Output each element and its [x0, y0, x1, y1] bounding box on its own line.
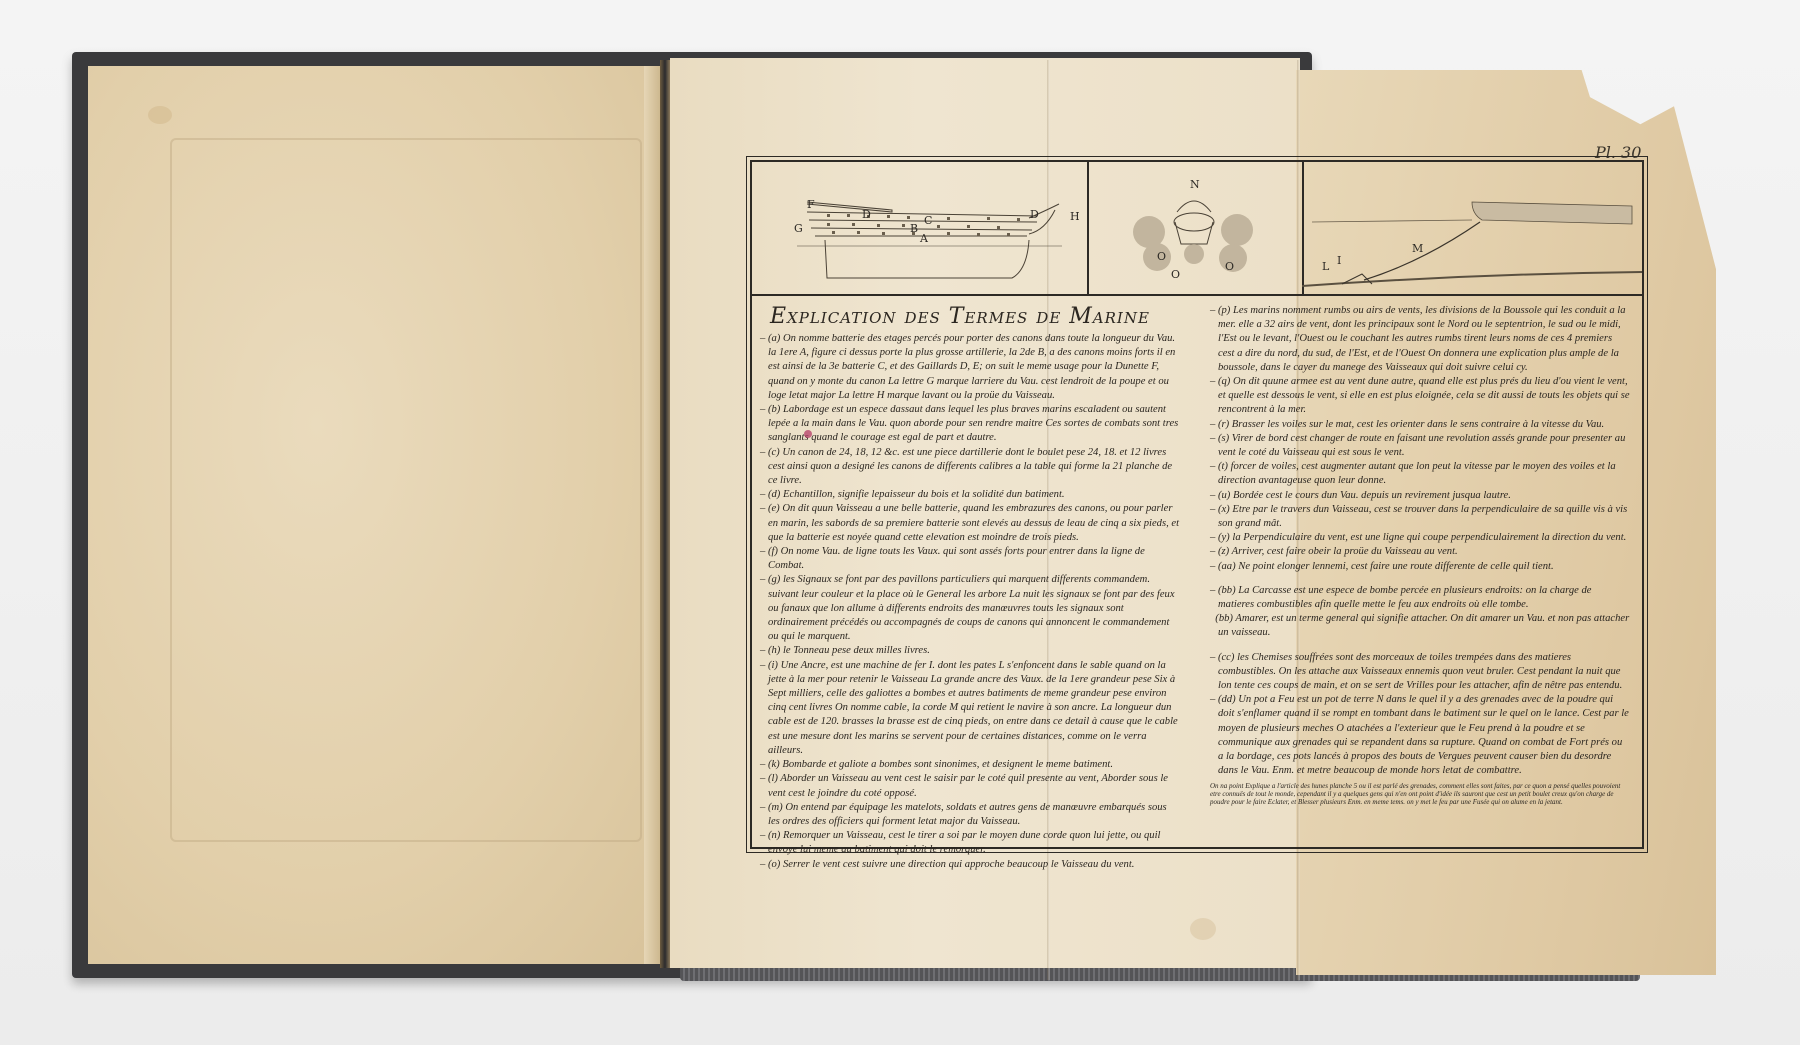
- left-page-edge: [644, 66, 660, 964]
- entry-text: forcer de voiles, cest augmenter autant …: [1218, 461, 1616, 486]
- entry-key: (s): [1218, 433, 1229, 444]
- fig-label: L: [1322, 260, 1329, 273]
- entry-text: la Perpendiculaire du vent, est une lign…: [1232, 532, 1626, 543]
- entry-text: les Signaux se font par des pavillons pa…: [768, 574, 1175, 642]
- fig-label: M: [1412, 242, 1423, 255]
- entry-key: (dd): [1218, 694, 1236, 705]
- entry-key: (y): [1218, 532, 1230, 543]
- fig-label: O: [1171, 268, 1180, 281]
- entry-key: (f): [768, 546, 778, 557]
- entry-a: – (a) On nomme batterie des etages percé…: [760, 332, 1180, 403]
- entry-i: – (i) Une Ancre, est une machine de fer …: [760, 659, 1180, 758]
- entry-text: Une Ancre, est une machine de fer I. don…: [768, 660, 1178, 756]
- left-page-plate-impression: [170, 138, 642, 842]
- book-gutter: [660, 60, 670, 968]
- entry-key: (d): [768, 489, 780, 500]
- entry-k: – (k) Bombarde et galiote a bombes sont …: [760, 758, 1180, 772]
- entry-dd: – (dd) Un pot a Feu est un pot de terre …: [1210, 693, 1630, 778]
- entry-x: – (x) Etre par le travers dun Vaisseau, …: [1210, 503, 1630, 531]
- figure-ship-at-anchor: L I M: [1302, 162, 1642, 294]
- fig-label: B: [910, 222, 918, 235]
- fig-label: A: [920, 232, 928, 245]
- explanation-text-area: Explication des Termes de Marine – (a) O…: [752, 296, 1642, 847]
- entry-key: (z): [1218, 546, 1229, 557]
- entry-text: Echantillon, signifie lepaisseur du bois…: [783, 489, 1065, 500]
- entry-text: les Chemises souffrées sont des morceaux…: [1218, 652, 1622, 691]
- entry-aa: – (aa) Ne point elonger lennemi, cest fa…: [1210, 560, 1630, 574]
- entry-text: Remorquer un Vaisseau, cest le tirer a s…: [768, 830, 1160, 855]
- entry-p: – (p) Les marins nomment rumbs ou airs d…: [1210, 304, 1630, 375]
- entry-n: – (n) Remorquer un Vaisseau, cest le tir…: [760, 829, 1180, 857]
- foxing-stain: [148, 106, 172, 124]
- entry-key: (k): [768, 759, 780, 770]
- entry-text: Arriver, cest faire obeir la proüe du Va…: [1232, 546, 1458, 557]
- entry-bb-carcasse: – (bb) La Carcasse est une espece de bom…: [1210, 584, 1630, 612]
- fig-label: I: [1337, 254, 1341, 267]
- engraved-plate: F D G C B A D H: [750, 160, 1644, 849]
- entry-key: (aa): [1218, 561, 1236, 572]
- entry-key: (b): [768, 404, 780, 415]
- entry-s: – (s) Virer de bord cest changer de rout…: [1210, 432, 1630, 460]
- entry-key: (c): [768, 447, 780, 458]
- fig-label: O: [1157, 250, 1166, 263]
- entry-key: (bb): [1215, 613, 1233, 624]
- entry-b: – (b) Labordage est un espece dassaut da…: [760, 403, 1180, 446]
- entry-text: Virer de bord cest changer de route en f…: [1218, 433, 1625, 458]
- left-page-blank: [88, 66, 660, 964]
- fig-label: F: [807, 198, 815, 211]
- photo-background: Pl. 30: [0, 0, 1800, 1045]
- entry-key: (t): [1218, 461, 1228, 472]
- fig-label: G: [794, 222, 803, 235]
- figure-fire-pot: N O O O: [1087, 162, 1304, 294]
- entry-key: (u): [1218, 490, 1230, 501]
- entry-key: (o): [768, 859, 780, 870]
- figure-ship-batteries: F D G C B A D H: [752, 162, 1089, 294]
- anchored-ship-icon: [1302, 162, 1642, 294]
- entry-text: Bombarde et galiote a bombes sont sinoni…: [782, 759, 1113, 770]
- entry-key: (g): [768, 574, 780, 585]
- entry-text: On dit quune armee est au vent dune autr…: [1218, 376, 1630, 415]
- entry-key: (e): [768, 503, 780, 514]
- entry-text: Etre par le travers dun Vaisseau, cest s…: [1218, 504, 1627, 529]
- entry-text: On nome Vau. de ligne touts les Vaux. qu…: [768, 546, 1145, 571]
- entry-f: – (f) On nome Vau. de ligne touts les Va…: [760, 545, 1180, 573]
- entry-key: (x): [1218, 504, 1230, 515]
- footnote: On na point Explique a l'article des hun…: [1210, 782, 1630, 806]
- plate-title: Explication des Termes de Marine: [770, 304, 1180, 329]
- entry-cc: – (cc) les Chemises souffrées sont des m…: [1210, 651, 1630, 694]
- entry-h: – (h) le Tonneau pese deux milles livres…: [760, 644, 1180, 658]
- entry-text: Amarer, est un terme general qui signifi…: [1218, 613, 1629, 638]
- entry-c: – (c) Un canon de 24, 18, 12 &c. est une…: [760, 446, 1180, 489]
- right-text-column: – (p) Les marins nomment rumbs ou airs d…: [1210, 304, 1630, 813]
- entry-text: le Tonneau pese deux milles livres.: [783, 645, 930, 656]
- entry-key: (cc): [1218, 652, 1234, 663]
- entry-l: – (l) Aborder un Vaisseau au vent cest l…: [760, 772, 1180, 800]
- entry-bb-amarer: (bb) Amarer, est un terme general qui si…: [1210, 612, 1630, 640]
- entry-text: On entend par équipage les matelots, sol…: [768, 802, 1167, 827]
- entry-text: Brasser les voiles sur le mat, cest les …: [1232, 419, 1604, 430]
- entry-text: Labordage est un espece dassaut dans leq…: [768, 404, 1178, 443]
- entry-key: (p): [1218, 305, 1230, 316]
- figure-row: F D G C B A D H: [752, 162, 1642, 296]
- entry-o: – (o) Serrer le vent cest suivre une dir…: [760, 858, 1180, 872]
- entry-text: Serrer le vent cest suivre une direction…: [783, 859, 1134, 870]
- fig-label: O: [1225, 260, 1234, 273]
- entry-e: – (e) On dit quun Vaisseau a une belle b…: [760, 502, 1180, 545]
- entry-z: – (z) Arriver, cest faire obeir la proüe…: [1210, 545, 1630, 559]
- entry-key: (bb): [1218, 585, 1236, 596]
- entry-y: – (y) la Perpendiculaire du vent, est un…: [1210, 531, 1630, 545]
- entry-key: (n): [768, 830, 780, 841]
- entry-d: – (d) Echantillon, signifie lepaisseur d…: [760, 488, 1180, 502]
- entry-key: (a): [768, 333, 780, 344]
- entry-text: On nomme batterie des etages percés pour…: [768, 333, 1175, 401]
- entry-text: La Carcasse est une espece de bombe perc…: [1218, 585, 1592, 610]
- fig-label: N: [1190, 178, 1200, 191]
- entry-r: – (r) Brasser les voiles sur le mat, ces…: [1210, 418, 1630, 432]
- entry-m: – (m) On entend par équipage les matelot…: [760, 801, 1180, 829]
- fig-label: D: [862, 208, 871, 221]
- entry-text: Un pot a Feu est un pot de terre N dans …: [1218, 694, 1629, 776]
- ship-cross-section-icon: [797, 190, 1062, 280]
- entry-key: (h): [768, 645, 780, 656]
- entry-key: (m): [768, 802, 783, 813]
- red-ink-mark: [804, 430, 812, 438]
- entry-t: – (t) forcer de voiles, cest augmenter a…: [1210, 460, 1630, 488]
- entry-text: Ne point elonger lennemi, cest faire une…: [1238, 561, 1553, 572]
- entry-key: (l): [768, 773, 778, 784]
- entry-q: – (q) On dit quune armee est au vent dun…: [1210, 375, 1630, 418]
- foxing-stain: [1190, 918, 1216, 940]
- entry-key: (i): [768, 660, 778, 671]
- entry-text: On dit quun Vaisseau a une belle batteri…: [768, 503, 1179, 542]
- entry-text: Un canon de 24, 18, 12 &c. est une piece…: [768, 447, 1172, 486]
- entry-u: – (u) Bordée cest le cours dun Vau. depu…: [1210, 489, 1630, 503]
- entry-g: – (g) les Signaux se font par des pavill…: [760, 573, 1180, 644]
- entry-text: Aborder un Vaisseau au vent cest le sais…: [768, 773, 1168, 798]
- fig-label: D: [1030, 208, 1039, 221]
- left-text-column: Explication des Termes de Marine – (a) O…: [760, 304, 1180, 872]
- entry-text: Bordée cest le cours dun Vau. depuis un …: [1233, 490, 1511, 501]
- fig-label: H: [1070, 210, 1080, 223]
- entry-key: (r): [1218, 419, 1229, 430]
- fig-label: C: [924, 214, 932, 227]
- entry-key: (q): [1218, 376, 1230, 387]
- entry-text: Les marins nomment rumbs ou airs de vent…: [1218, 305, 1626, 373]
